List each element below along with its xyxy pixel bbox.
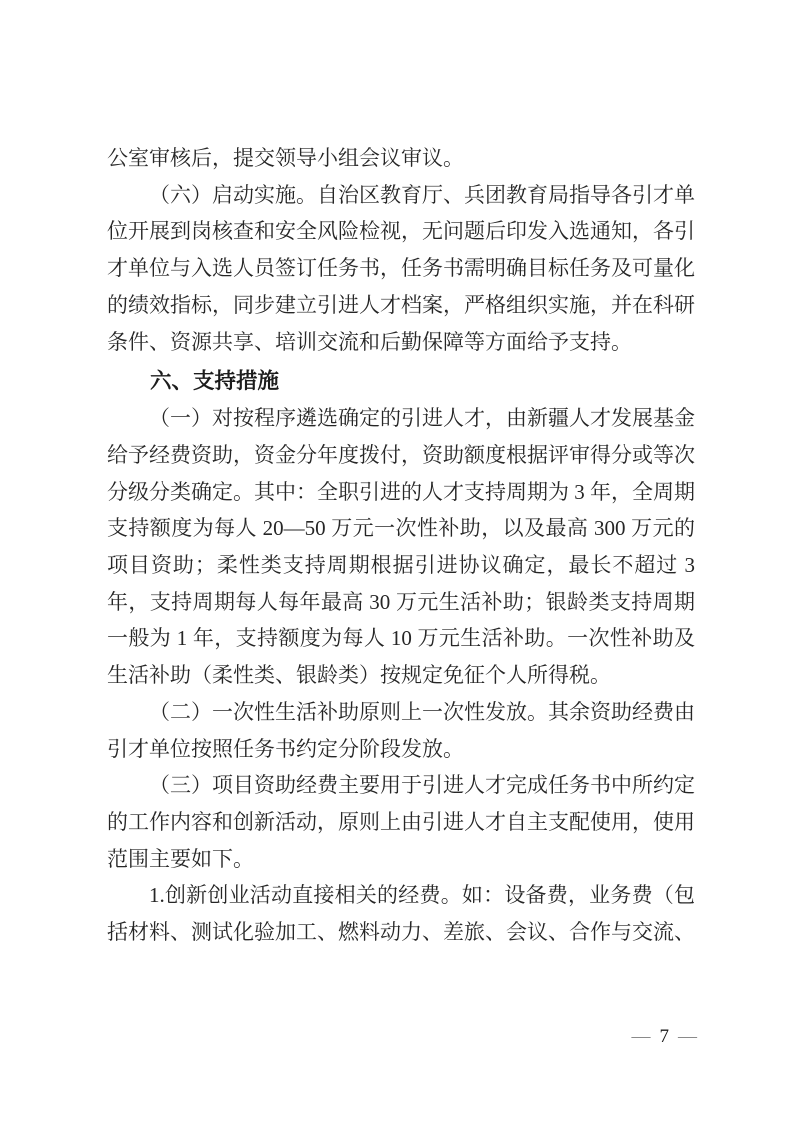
document-page: 公室审核后，提交领导小组会议审议。 （六）启动实施。自治区教育厅、兵团教育局指导… xyxy=(0,0,793,1122)
page-number: —7— xyxy=(632,1026,698,1048)
paragraph-continuation: 公室审核后，提交领导小组会议审议。 xyxy=(107,140,695,177)
section-heading-support-measures: 六、支持措施 xyxy=(107,363,695,400)
paragraph-funding-scope-item-1: 1.创新创业活动直接相关的经费。如：设备费，业务费（包括材料、测试化验加工、燃料… xyxy=(107,877,695,950)
paragraph-measure-3: （三）项目资助经费主要用于引进人才完成任务书中所约定的工作内容和创新活动，原则上… xyxy=(107,767,695,877)
page-number-dash-right: — xyxy=(678,1026,697,1047)
page-number-dash-left: — xyxy=(632,1026,651,1047)
page-number-value: 7 xyxy=(660,1026,670,1047)
document-body: 公室审核后，提交领导小组会议审议。 （六）启动实施。自治区教育厅、兵团教育局指导… xyxy=(107,140,695,951)
paragraph-measure-1: （一）对按程序遴选确定的引进人才，由新疆人才发展基金给予经费资助，资金分年度拨付… xyxy=(107,400,695,694)
paragraph-item-6: （六）启动实施。自治区教育厅、兵团教育局指导各引才单位开展到岗核查和安全风险检视… xyxy=(107,177,695,361)
paragraph-measure-2: （二）一次性生活补助原则上一次性发放。其余资助经费由引才单位按照任务书约定分阶段… xyxy=(107,694,695,767)
